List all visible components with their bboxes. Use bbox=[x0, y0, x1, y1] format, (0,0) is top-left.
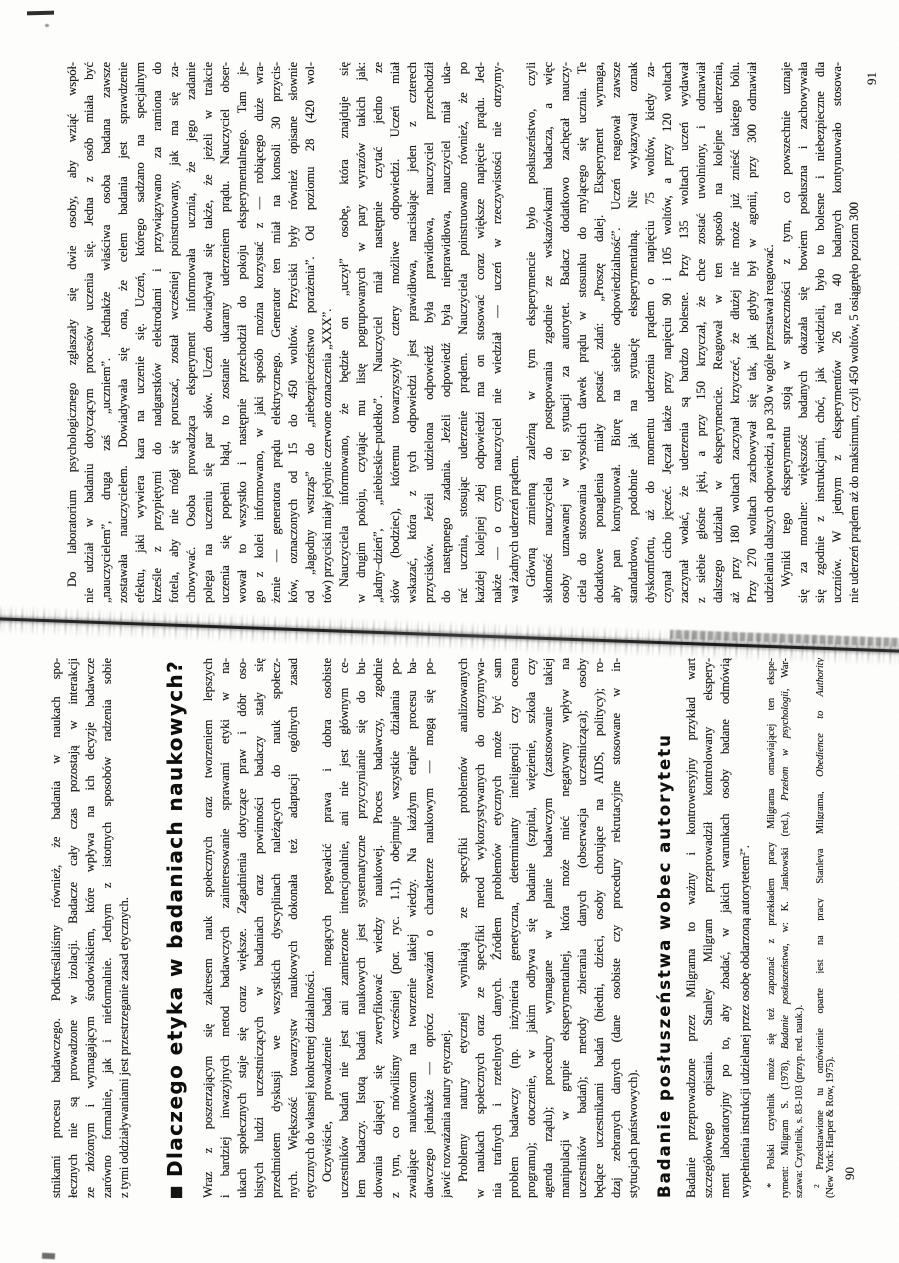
page-number-91: 91 bbox=[864, 72, 880, 85]
text-line: szawa: Czytelnik, s. 83-103 (przyp. red.… bbox=[793, 658, 807, 1198]
subheading-text: Badanie posłuszeństwa wobec autorytetu bbox=[655, 733, 674, 1198]
text-line: (New York: Harper & Row, 1975). bbox=[824, 658, 838, 1198]
text-line: agenda rządu); procedury wymagane w plan… bbox=[540, 658, 557, 1198]
text-line: polega na uczeniu się par słów. Uczeń do… bbox=[200, 62, 217, 603]
subsection-heading: Badanie posłuszeństwa wobec autorytetu bbox=[655, 658, 674, 1198]
text-line: aby pan kontynuował. Biorę na siebie odp… bbox=[608, 62, 625, 603]
italic-text: Badanie posłuszeństwa bbox=[780, 946, 791, 1049]
text-line: Badanie przeprowadzone przez Milgrama to… bbox=[683, 658, 700, 1198]
page-90-text-column: stnikami procesu badawczego. Podkreślali… bbox=[48, 658, 838, 1198]
text-line: Oczywiście, prowadzenie badań mogących p… bbox=[319, 658, 336, 1198]
text-line: przedmiotem dyskusji we wszystkich dyscy… bbox=[268, 658, 285, 1198]
text-line: ze złożonym i wymagającym środowiskiem, … bbox=[82, 658, 99, 1198]
text-line: skłonność nauczyciela do postępowania zg… bbox=[540, 62, 557, 603]
text-line: uczestników badań); metody zbierania dan… bbox=[574, 658, 591, 1198]
footnote-marker: 2 bbox=[812, 1184, 821, 1188]
text-line: ukach społecznych staje się coraz większ… bbox=[234, 658, 251, 1198]
paragraph: stnikami procesu badawczego. Podkreślali… bbox=[48, 658, 133, 1198]
text-line: się za moralne: większość badanych okaza… bbox=[795, 62, 812, 603]
text-line: przycisków. Jeżeli udzielona odpowiedź b… bbox=[421, 62, 438, 603]
text-line: dyskomfortu, aż do momentu uderzenia prą… bbox=[642, 62, 659, 603]
text-line: udzielania dalszych odpowiedzi, a po 330… bbox=[761, 62, 778, 603]
text-line: nie udział w badaniu dotyczącym procesów… bbox=[81, 62, 98, 603]
text-line: słów (bodziec), któremu towarzyszyły czt… bbox=[387, 62, 404, 603]
text-line: „ładny–dzień”, „niebieskie–pudełko”. Nau… bbox=[370, 62, 387, 603]
text-line: fotela, aby nie mógł się poruszać, zosta… bbox=[166, 62, 183, 603]
text-line: czynał cicho jęczeć. Jęczał także przy n… bbox=[659, 62, 676, 603]
page-90: stnikami procesu badawczego. Podkreślali… bbox=[0, 632, 899, 1263]
text-line: wował to wszystko i następnie przechodzi… bbox=[234, 62, 251, 603]
text-line: etycznych do własnej konkretnej działaln… bbox=[302, 658, 319, 1198]
text-line: manipulacji w grupie eksperymentalnej, k… bbox=[557, 658, 574, 1198]
text-line: zostawała nauczycielem. Dowiadywała się … bbox=[115, 62, 132, 603]
text-line: efektu, jaki wywiera kara na uczenie się… bbox=[132, 62, 149, 603]
text-line: z tymi oddziaływaniami jest przestrzegan… bbox=[116, 658, 133, 1198]
text-line: do następnego zadania. Jeżeli odpowiedź … bbox=[438, 62, 455, 603]
text-line: zarówno formalnie, jak i nieformalnie. J… bbox=[99, 658, 116, 1198]
paragraph: Wyniki tego eksperymentu stoją w sprzecz… bbox=[778, 62, 863, 603]
text-line: nakże — o czym nauczyciel nie wiedział —… bbox=[489, 62, 506, 603]
text-line: krześle z przypiętymi do nadgarstków ele… bbox=[149, 62, 166, 603]
text-line: programu); otoczenie, w jakim odbywa się… bbox=[523, 658, 540, 1198]
text-line: dawczego jednakże — oprócz rozważań o ch… bbox=[421, 658, 438, 1198]
text-line: żenie — generatora prądu elektrycznego. … bbox=[268, 62, 285, 603]
heading-text: Dlaczego etyka w badaniach naukowych? bbox=[163, 660, 187, 1177]
text-line: aż przy 180 woltach zaczynał krzyczeć, ż… bbox=[727, 62, 744, 603]
text-line: nych. Większość towarzystw naukowych dok… bbox=[285, 658, 302, 1198]
text-line: ryment: Milgram S. (1978), Badanie posłu… bbox=[779, 658, 793, 1198]
text-line: „nauczycielem”, druga zaś „uczniem”. Jed… bbox=[98, 62, 115, 603]
text-line: 2 Przedstawione tu omówienie oparte jest… bbox=[810, 658, 824, 1198]
book-spread: stnikami procesu badawczego. Podkreślali… bbox=[0, 0, 899, 1263]
text-line: Nauczyciela informowano, że będzie on „u… bbox=[336, 62, 353, 603]
text-line: Wyniki tego eksperymentu stoją w sprzecz… bbox=[778, 62, 795, 603]
text-line: od „łagodny wstrząs” do „niebezpieczeńst… bbox=[302, 62, 319, 603]
paragraph: Wraz z poszerzającym się zakresem nauk s… bbox=[200, 658, 319, 1198]
text-line: i bardziej inwazyjnych metod badawczych … bbox=[217, 658, 234, 1198]
text-line: dodatkowe ponaglenia miały postać zdań: … bbox=[591, 62, 608, 603]
text-line: ciela do stosowania wysokich dawek prądu… bbox=[574, 62, 591, 603]
text-line: w drugim pokoju, czytając mu listę pogru… bbox=[353, 62, 370, 603]
text-line: Do laboratorium psychologicznego zgłasza… bbox=[64, 62, 81, 603]
text-line: dowania dającej się zweryfikować wiedzy … bbox=[370, 658, 387, 1198]
text-line: Główną zmienną zależną w tym eksperymenc… bbox=[523, 62, 540, 603]
text-line: osoby uznawanej w tej sytuacji za autory… bbox=[557, 62, 574, 603]
page-91-text-column: Do laboratorium psychologicznego zgłasza… bbox=[64, 62, 863, 603]
page-91: Do laboratorium psychologicznego zgłasza… bbox=[0, 0, 899, 631]
text-line: jawić rozważania natury etycznej. bbox=[438, 658, 455, 1198]
text-line: zwalające naukowcom na tworzenie takiej … bbox=[404, 658, 421, 1198]
text-line: uczniów. W jednym z eksperymentów 26 na … bbox=[829, 62, 846, 603]
text-line: z siebie głośne jęki, a przy 150 krzycza… bbox=[693, 62, 710, 603]
text-line: z tym, co mówiliśmy wcześniej (por. ryc.… bbox=[387, 658, 404, 1198]
italic-text: Obedience to Authority bbox=[815, 658, 824, 777]
footnote-marker: 2* bbox=[738, 848, 747, 856]
text-line: uczestników badań nie jest ani zamierzon… bbox=[336, 658, 353, 1198]
text-line: lem badaczy. Istotą badań naukowych jest… bbox=[353, 658, 370, 1198]
text-line: dzaj zebranych danych (dane osobiste czy… bbox=[608, 658, 625, 1198]
text-line: będące uczestnikami badań (biedni, dziec… bbox=[591, 658, 608, 1198]
text-line: wskazać, która z tych odpowiedzi jest pr… bbox=[404, 62, 421, 603]
paragraph: Oczywiście, prowadzenie badań mogących p… bbox=[319, 658, 455, 1198]
text-line: ment laboratoryjny po to, aby zbadać, w … bbox=[717, 658, 734, 1198]
paragraph: Nauczyciela informowano, że będzie on „u… bbox=[336, 62, 523, 603]
text-line: w naukach społecznych oraz ze specyfiki … bbox=[472, 658, 489, 1198]
text-line: się zgodnie z instrukcjami, choć, jak wi… bbox=[812, 62, 829, 603]
text-line: Problemy natury etycznej wynikają ze spe… bbox=[455, 658, 472, 1198]
text-line: rać ucznia, stosując uderzenie prądem. N… bbox=[455, 62, 472, 603]
text-line: zaczynał wołać, że uderzenia są bardzo b… bbox=[676, 62, 693, 603]
italic-text: Przełom w psychologii bbox=[780, 691, 791, 801]
text-line: chowywać. Osoba prowadząca eksperyment i… bbox=[183, 62, 200, 603]
text-line: stytucjach państwowych). bbox=[625, 658, 642, 1198]
text-line: łecznych nie są prowadzone w izolacji. B… bbox=[65, 658, 82, 1198]
section-bullet-square-icon bbox=[171, 1187, 182, 1198]
text-line: Wraz z poszerzającym się zakresem nauk s… bbox=[200, 658, 217, 1198]
text-line: każdej kolejnej złej odpowiedzi ma on st… bbox=[472, 62, 489, 603]
paragraph: Problemy natury etycznej wynikają ze spe… bbox=[455, 658, 642, 1198]
text-line: dalszego udziału w eksperymencie. Reagow… bbox=[710, 62, 727, 603]
section-heading: Dlaczego etyka w badaniach naukowych? bbox=[163, 658, 187, 1198]
paragraph: Główną zmienną zależną w tym eksperymenc… bbox=[523, 62, 778, 603]
text-line: tów) przyciski miały jedynie czerwone oz… bbox=[319, 62, 336, 603]
text-line: nia trafnych i rzetelnych danych. Źródłe… bbox=[489, 658, 506, 1198]
text-line: stnikami procesu badawczego. Podkreślali… bbox=[48, 658, 65, 1198]
text-line: Przy 270 woltach zachowywał się tak, jak… bbox=[744, 62, 761, 603]
text-line: problem badawczy (np. inżynieria genetyc… bbox=[506, 658, 523, 1198]
footnote: 2 Przedstawione tu omówienie oparte jest… bbox=[810, 658, 838, 1198]
text-line: szczegółowego opisania. Stanley Milgram … bbox=[700, 658, 717, 1198]
footnote: * Polski czytelnik może się też zapoznać… bbox=[765, 658, 807, 1198]
paragraph: Do laboratorium psychologicznego zgłasza… bbox=[64, 62, 336, 603]
text-line: ków, oznaczonych od 15 do 450 woltów. Pr… bbox=[285, 62, 302, 603]
text-line: wał żadnych uderzeń prądem. bbox=[506, 62, 523, 603]
text-line: wypełnienia instrukcji udzielanej przez … bbox=[734, 658, 751, 1198]
text-line: * Polski czytelnik może się też zapoznać… bbox=[765, 658, 779, 1198]
text-line: standardowo, podobnie jak na sytuację ek… bbox=[625, 62, 642, 603]
text-line: nie uderzeń prądem aż do maksimum, czyli… bbox=[846, 62, 863, 603]
text-line: bistych ludzi uczestniczących w badaniac… bbox=[251, 658, 268, 1198]
text-line: go z kolei informowano, w jaki sposób mo… bbox=[251, 62, 268, 603]
paragraph: Badanie przeprowadzone przez Milgrama to… bbox=[683, 658, 751, 1198]
text-line: uczenia się popełni błąd, to zostanie uk… bbox=[217, 62, 234, 603]
scanned-book-spread: stnikami procesu badawczego. Podkreślali… bbox=[0, 0, 899, 1263]
page-number-90: 90 bbox=[842, 1167, 858, 1180]
